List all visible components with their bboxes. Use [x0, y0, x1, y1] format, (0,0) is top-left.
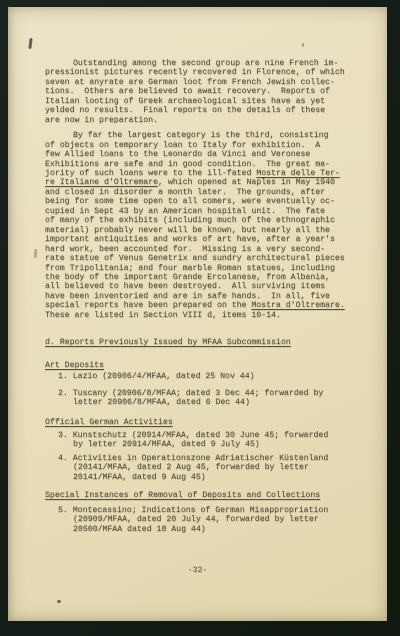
text-line: 5. Montecassino; Indications of German M…	[45, 506, 357, 515]
document-page: Outstanding among the second group are n…	[8, 7, 387, 621]
text-segment: Exhibitions are safe and in good conditi…	[45, 160, 330, 169]
subheading-official-german-activities: Official German Activities	[45, 418, 357, 427]
text-segment: Outstanding among the second group are n…	[73, 59, 338, 68]
text-line: of objects on temporary loan to Italy fo…	[45, 141, 357, 150]
text-segment: hard work, been accounted for. Missing i…	[45, 245, 325, 254]
text-segment: are now in preparation.	[45, 116, 158, 125]
text-segment: and closed in disorder a month later. Th…	[45, 188, 325, 197]
text-line: Art Deposits	[45, 361, 357, 370]
text-segment: By far the largest category is the third…	[73, 131, 329, 140]
text-segment: special reports have been prepared on th…	[45, 301, 251, 310]
text-segment: from Tripolitania; and four marble Roman…	[45, 264, 335, 273]
para-2: By far the largest category is the third…	[45, 131, 357, 320]
text-line: 4. Activities in Operationszone Adriatis…	[45, 454, 357, 463]
text-segment: jority of such loans were to the ill-fat…	[45, 169, 256, 178]
text-line: These are listed in Section VIII d, item…	[45, 311, 357, 320]
text-segment: (20909/MFAA, dated 20 July 44, forwarded…	[73, 515, 319, 524]
text-line: yelded no results. Final reports on the …	[45, 106, 357, 115]
text-segment: (20141/MFAA, dated 2 Aug 45, forwarded b…	[73, 463, 309, 472]
text-segment: important antiquities and works of art h…	[45, 235, 335, 244]
text-segment: 20141/MFAA, dated 9 Aug 45)	[73, 473, 206, 482]
text-segment: tions. Others are believed to await reco…	[45, 87, 330, 96]
text-line: Italian looting of Greek archaeological …	[45, 97, 357, 106]
document-text: Outstanding among the second group are n…	[45, 59, 357, 534]
text-segment: 2. Tuscany (20906/8/MFAA; dated 3 Dec 44…	[58, 389, 323, 398]
text-segment: These are listed in Section VIII d, item…	[45, 311, 281, 320]
text-line: all believed to have been destroyed. All…	[45, 282, 357, 291]
text-segment: of objects on temporary loan to Italy fo…	[45, 141, 320, 150]
text-segment: all believed to have been destroyed. All…	[45, 282, 325, 291]
report-item-2: 2. Tuscany (20906/8/MFAA; dated 3 Dec 44…	[45, 389, 357, 408]
text-segment: letter 20906/8/MFAA, dated 6 Dec 44)	[73, 398, 250, 407]
text-line: (20909/MFAA, dated 20 July 44, forwarded…	[45, 515, 357, 524]
subheading-special-instances: Special Instances of Removal of Deposits…	[45, 491, 357, 500]
heading-reports-previously-issued: d. Reports Previously Issued by MFAA Sub…	[45, 338, 357, 347]
text-segment: 5. Montecassino; Indications of German M…	[58, 506, 328, 515]
text-line: are now in preparation.	[45, 116, 357, 125]
report-item-5: 5. Montecassino; Indications of German M…	[45, 506, 357, 534]
text-line: cupied in Sept 43 by an American hospita…	[45, 207, 357, 216]
text-line: Exhibitions are safe and in good conditi…	[45, 160, 357, 169]
underlined-text: Art Deposits	[45, 361, 104, 370]
text-segment: material) probably never will be known, …	[45, 226, 330, 235]
text-line: letter 20906/8/MFAA, dated 6 Dec 44)	[45, 398, 357, 407]
text-line: have been inventoried and are in safe ha…	[45, 292, 357, 301]
text-line: by letter 20914/MFAA, dated 9 July 45)	[45, 440, 357, 449]
underlined-text: Mostra delle Ter-	[256, 169, 340, 178]
text-line: By far the largest category is the third…	[45, 131, 357, 140]
text-segment: 1. Lazio (20906/4/MFAA, dated 25 Nov 44)	[58, 372, 255, 381]
underlined-text: re Italiane d'Oltremare	[45, 178, 158, 187]
text-line: rate statue of Venus Genetrix and sundry…	[45, 254, 357, 263]
page-number: -32-	[8, 566, 387, 575]
text-line: of many of the exhibits (including much …	[45, 216, 357, 225]
report-item-4: 4. Activities in Operationszone Adriatis…	[45, 454, 357, 482]
text-line: hard work, been accounted for. Missing i…	[45, 245, 357, 254]
text-segment: few Allied loans to the Leonardo da Vinc…	[45, 150, 310, 159]
text-segment: of many of the exhibits (including much …	[45, 216, 335, 225]
underlined-text: Mostra d'Oltremare.	[251, 301, 344, 310]
text-line: being for some time open to all comers, …	[45, 197, 357, 206]
text-line: special reports have been prepared on th…	[45, 301, 357, 310]
text-line: (20141/MFAA, dated 2 Aug 45, forwarded b…	[45, 463, 357, 472]
text-line: re Italiane d'Oltremare, which opened at…	[45, 178, 357, 187]
text-line: important antiquities and works of art h…	[45, 235, 357, 244]
underlined-text: d. Reports Previously Issued by MFAA Sub…	[45, 338, 291, 347]
text-line: 3. Kunstschutz (20914/MFAA, dated 30 Jun…	[45, 431, 357, 440]
text-line: from Tripolitania; and four marble Roman…	[45, 264, 357, 273]
report-item-3: 3. Kunstschutz (20914/MFAA, dated 30 Jun…	[45, 431, 357, 450]
underlined-text: Special Instances of Removal of Deposits…	[45, 491, 320, 500]
text-segment: seven at anyrate are German loot from Fr…	[45, 78, 335, 87]
para-1: Outstanding among the second group are n…	[45, 59, 357, 125]
text-line: tions. Others are believed to await reco…	[45, 87, 357, 96]
report-item-1: 1. Lazio (20906/4/MFAA, dated 25 Nov 44)	[45, 372, 357, 381]
text-segment: 20500/MFAA dated 18 Aug 44)	[73, 525, 206, 534]
text-segment: the body of the important Grande Ercolan…	[45, 273, 330, 282]
text-segment: pressionist pictures recently recovered …	[45, 68, 345, 77]
text-line: Special Instances of Removal of Deposits…	[45, 491, 357, 500]
text-segment: 3. Kunstschutz (20914/MFAA, dated 30 Jun…	[58, 431, 328, 440]
text-line: 2. Tuscany (20906/8/MFAA; dated 3 Dec 44…	[45, 389, 357, 398]
text-line: the body of the important Grande Ercolan…	[45, 273, 357, 282]
text-line: d. Reports Previously Issued by MFAA Sub…	[45, 338, 357, 347]
text-line: 20500/MFAA dated 18 Aug 44)	[45, 525, 357, 534]
text-segment: yelded no results. Final reports on the …	[45, 106, 325, 115]
text-line: 20141/MFAA, dated 9 Aug 45)	[45, 473, 357, 482]
text-segment: cupied in Sept 43 by an American hospita…	[45, 207, 325, 216]
text-line: pressionist pictures recently recovered …	[45, 68, 357, 77]
text-line: seven at anyrate are German loot from Fr…	[45, 78, 357, 87]
text-line: material) probably never will be known, …	[45, 226, 357, 235]
text-segment: , which opened at Naples in May 1940	[158, 178, 335, 187]
photo-frame: Outstanding among the second group are n…	[0, 0, 400, 636]
text-segment: 4. Activities in Operationszone Adriatis…	[58, 454, 328, 463]
text-segment: rate statue of Venus Genetrix and sundry…	[45, 254, 345, 263]
text-segment: Italian looting of Greek archaeological …	[45, 97, 325, 106]
text-line: 1. Lazio (20906/4/MFAA, dated 25 Nov 44)	[45, 372, 357, 381]
text-line: and closed in disorder a month later. Th…	[45, 188, 357, 197]
text-segment: being for some time open to all comers, …	[45, 197, 335, 206]
text-segment: have been inventoried and are in safe ha…	[45, 292, 330, 301]
text-line: few Allied loans to the Leonardo da Vinc…	[45, 150, 357, 159]
text-line: Official German Activities	[45, 418, 357, 427]
underlined-text: Official German Activities	[45, 418, 173, 427]
subheading-art-deposits: Art Deposits	[45, 361, 357, 370]
text-segment: by letter 20914/MFAA, dated 9 July 45)	[73, 440, 260, 449]
